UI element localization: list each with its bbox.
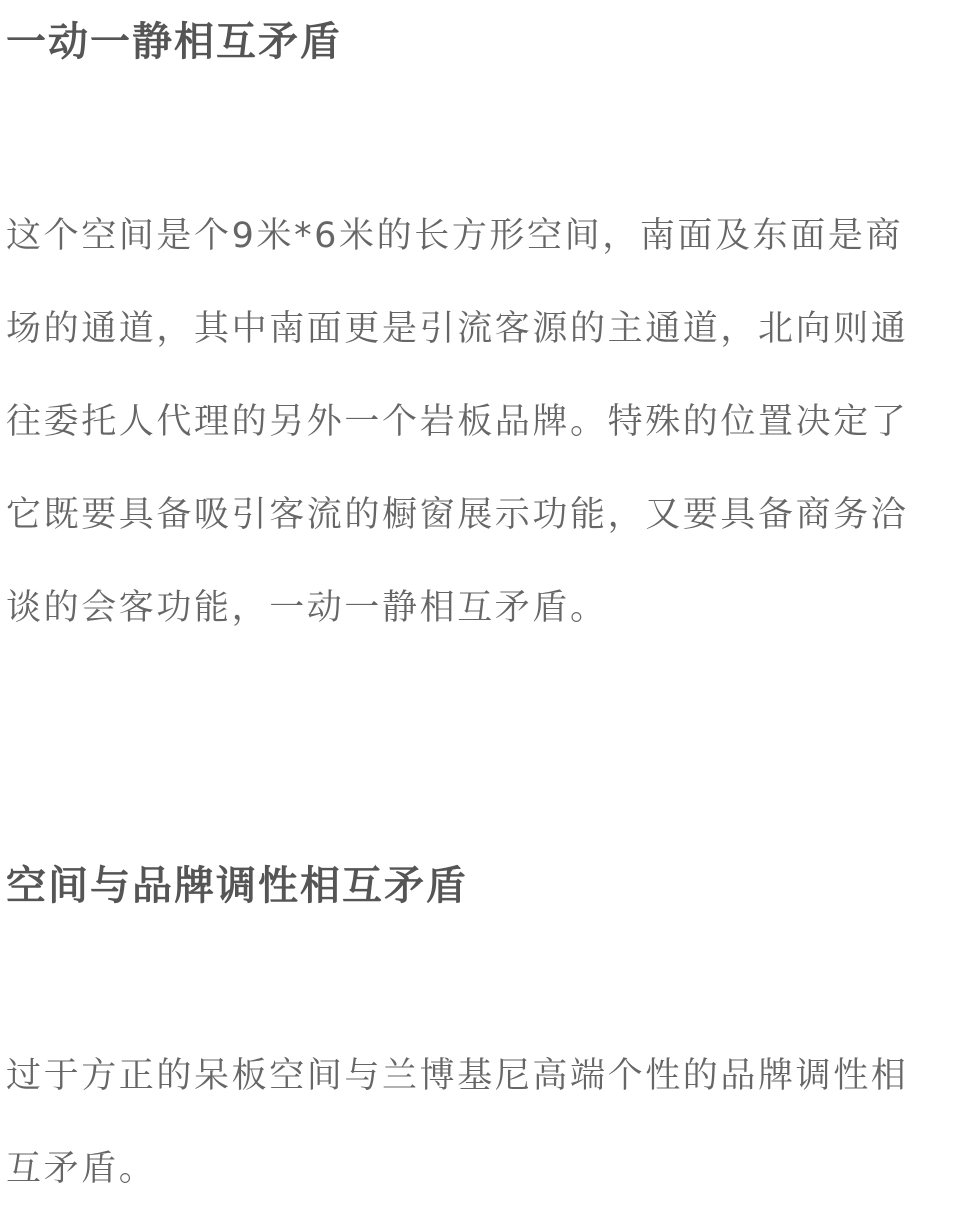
paragraph-line: 过于方正的呆板空间与兰博基尼高端个性的品牌调性相 [6, 1030, 978, 1123]
paragraph-line: 它既要具备吸引客流的橱窗展示功能，又要具备商务洽 [6, 469, 978, 562]
paragraph-line: 互矛盾。 [6, 1123, 978, 1209]
paragraph-line: 往委托人代理的另外一个岩板品牌。特殊的位置决定了 [6, 376, 978, 469]
section-paragraph-motion-stillness: 这个空间是个9米*6米的长方形空间，南面及东面是商 场的通道，其中南面更是引流客… [6, 190, 978, 655]
paragraph-line: 这个空间是个9米*6米的长方形空间，南面及东面是商 [6, 190, 978, 283]
paragraph-line: 谈的会客功能，一动一静相互矛盾。 [6, 562, 978, 655]
paragraph-line: 场的通道，其中南面更是引流客源的主通道，北向则通 [6, 283, 978, 376]
section-heading-space-brand: 空间与品牌调性相互矛盾 [6, 862, 468, 910]
section-heading-motion-stillness: 一动一静相互矛盾 [6, 18, 342, 66]
section-paragraph-space-brand: 过于方正的呆板空间与兰博基尼高端个性的品牌调性相 互矛盾。 [6, 1030, 978, 1209]
